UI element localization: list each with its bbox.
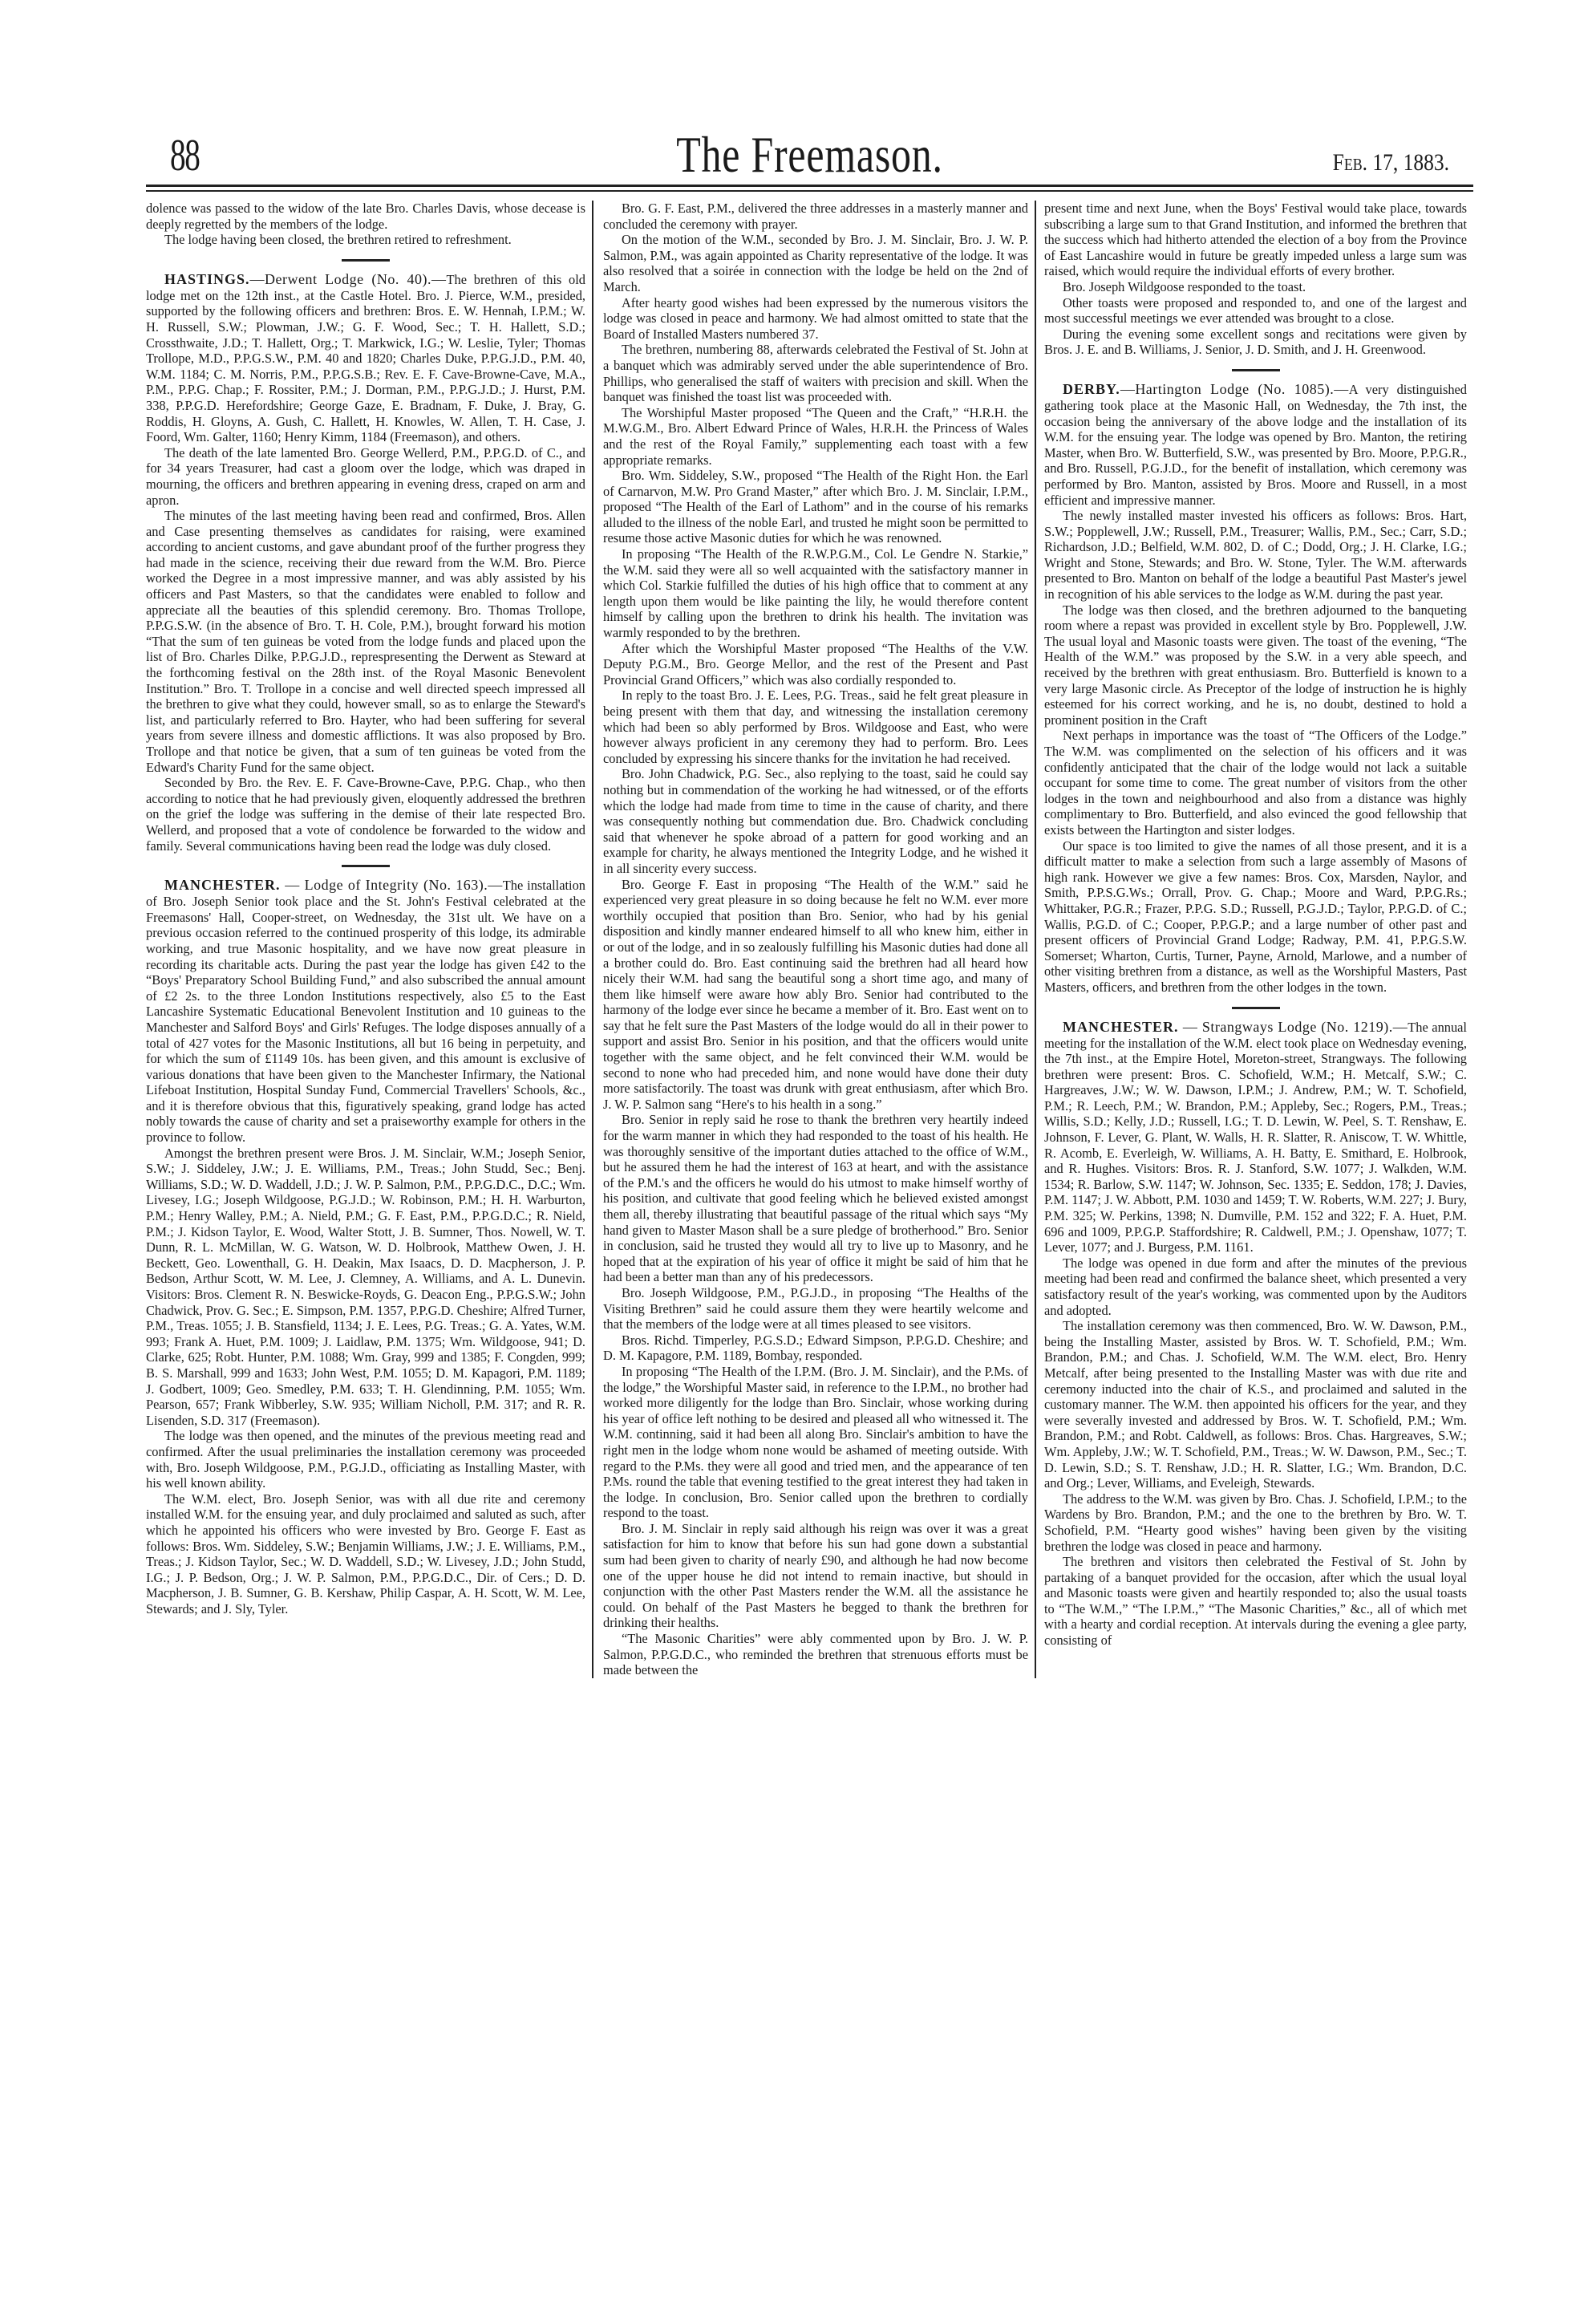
article-heading-lodge: —Hartington Lodge (No. 1085).— — [1120, 381, 1349, 397]
paragraph: Bro. Senior in reply said he rose to tha… — [603, 1112, 1028, 1285]
paragraph: The lodge was then closed, and the breth… — [1044, 602, 1467, 728]
article-heading-place: DERBY. — [1063, 381, 1120, 397]
article-lead-paragraph: MANCHESTER. — Strangways Lodge (No. 1219… — [1044, 1019, 1467, 1255]
article-columns: dolence was passed to the widow of the l… — [146, 201, 1473, 1678]
paragraph: present time and next June, when the Boy… — [1044, 201, 1467, 279]
article-heading-lodge: — Strangways Lodge (No. 1219).— — [1178, 1019, 1408, 1035]
article-heading-place: MANCHESTER. — [164, 877, 281, 893]
paragraph-text: The installation of Bro. Joseph Senior t… — [146, 878, 585, 1145]
paragraph: The newly installed master invested his … — [1044, 508, 1467, 602]
paragraph: Bro. Joseph Wildgoose responded to the t… — [1044, 279, 1467, 295]
paragraph: The lodge was then opened, and the minut… — [146, 1428, 585, 1491]
masthead-rule-bottom — [146, 190, 1473, 192]
paragraph: Amongst the brethren present were Bros. … — [146, 1146, 585, 1429]
column-1: dolence was passed to the widow of the l… — [146, 201, 592, 1678]
paragraph: The minutes of the last meeting having b… — [146, 508, 585, 775]
paragraph: The address to the W.M. was given by Bro… — [1044, 1491, 1467, 1554]
paragraph: Bro. G. F. East, P.M., delivered the thr… — [603, 201, 1028, 232]
paragraph: The lodge having been closed, the brethr… — [146, 232, 585, 248]
article-heading-place: MANCHESTER. — [1063, 1019, 1179, 1035]
paragraph: The installation ceremony was then comme… — [1044, 1318, 1467, 1491]
paragraph: Bro. Wm. Siddeley, S.W., proposed “The H… — [603, 468, 1028, 546]
paragraph: Bros. Richd. Timperley, P.G.S.D.; Edward… — [603, 1332, 1028, 1364]
paragraph: dolence was passed to the widow of the l… — [146, 201, 585, 232]
paragraph: In reply to the toast Bro. J. E. Lees, P… — [603, 688, 1028, 766]
page-number: 88 — [170, 130, 199, 181]
paragraph: “The Masonic Charities” were ably commen… — [603, 1631, 1028, 1678]
paragraph: Bro. Joseph Wildgoose, P.M., P.G.J.D., i… — [603, 1285, 1028, 1332]
article-lead-paragraph: HASTINGS.—Derwent Lodge (No. 40).—The br… — [146, 271, 585, 445]
paragraph: During the evening some excellent songs … — [1044, 327, 1467, 358]
paragraph: On the motion of the W.M., seconded by B… — [603, 232, 1028, 294]
paragraph: The lodge was opened in due form and aft… — [1044, 1255, 1467, 1318]
paragraph: The death of the late lamented Bro. Geor… — [146, 445, 585, 508]
column-3: present time and next June, when the Boy… — [1035, 201, 1473, 1678]
paragraph-text: The brethren of this old lodge met on th… — [146, 272, 585, 444]
paragraph: Bro. John Chadwick, P.G. Sec., also repl… — [603, 766, 1028, 876]
paragraph: Bro. George F. East in proposing “The He… — [603, 877, 1028, 1113]
section-divider — [1232, 369, 1280, 371]
paragraph: Our space is too limited to give the nam… — [1044, 838, 1467, 996]
paragraph: Next perhaps in importance was the toast… — [1044, 728, 1467, 838]
paragraph: Other toasts were proposed and responded… — [1044, 295, 1467, 327]
paragraph: After hearty good wishes had been expres… — [603, 295, 1028, 343]
masthead: 88 The Freemason. Feb. 17, 1883. — [146, 120, 1473, 185]
paragraph-text: A very distinguished gathering took plac… — [1044, 382, 1467, 508]
article-heading-place: HASTINGS. — [164, 271, 250, 287]
article-heading-lodge: —Derwent Lodge (No. 40).— — [250, 271, 447, 287]
section-divider — [342, 865, 390, 867]
publication-title: The Freemason. — [292, 125, 1327, 185]
section-divider — [342, 259, 390, 262]
section-divider — [1232, 1007, 1280, 1009]
paragraph: In proposing “The Health of the I.P.M. (… — [603, 1364, 1028, 1521]
newspaper-page: 88 The Freemason. Feb. 17, 1883. dolence… — [146, 120, 1473, 185]
paragraph: The W.M. elect, Bro. Joseph Senior, was … — [146, 1491, 585, 1617]
issue-date: Feb. 17, 1883. — [1333, 149, 1449, 176]
paragraph: After which the Worshipful Master propos… — [603, 641, 1028, 688]
article-lead-paragraph: DERBY.—Hartington Lodge (No. 1085).—A ve… — [1044, 381, 1467, 508]
paragraph: Seconded by Bro. the Rev. E. F. Cave-Bro… — [146, 775, 585, 854]
paragraph-text: The annual meeting for the installation … — [1044, 1020, 1467, 1255]
paragraph: The Worshipful Master proposed “The Quee… — [603, 405, 1028, 468]
paragraph: The brethren, numbering 88, afterwards c… — [603, 342, 1028, 404]
article-heading-lodge: — Lodge of Integrity (No. 163).— — [280, 877, 502, 893]
column-2: Bro. G. F. East, P.M., delivered the thr… — [592, 201, 1035, 1678]
paragraph: In proposing “The Health of the R.W.P.G.… — [603, 546, 1028, 641]
masthead-rule-top — [146, 185, 1473, 187]
article-lead-paragraph: MANCHESTER. — Lodge of Integrity (No. 16… — [146, 877, 585, 1146]
paragraph: Bro. J. M. Sinclair in reply said althou… — [603, 1521, 1028, 1631]
paragraph: The brethren and visitors then celebrate… — [1044, 1554, 1467, 1649]
